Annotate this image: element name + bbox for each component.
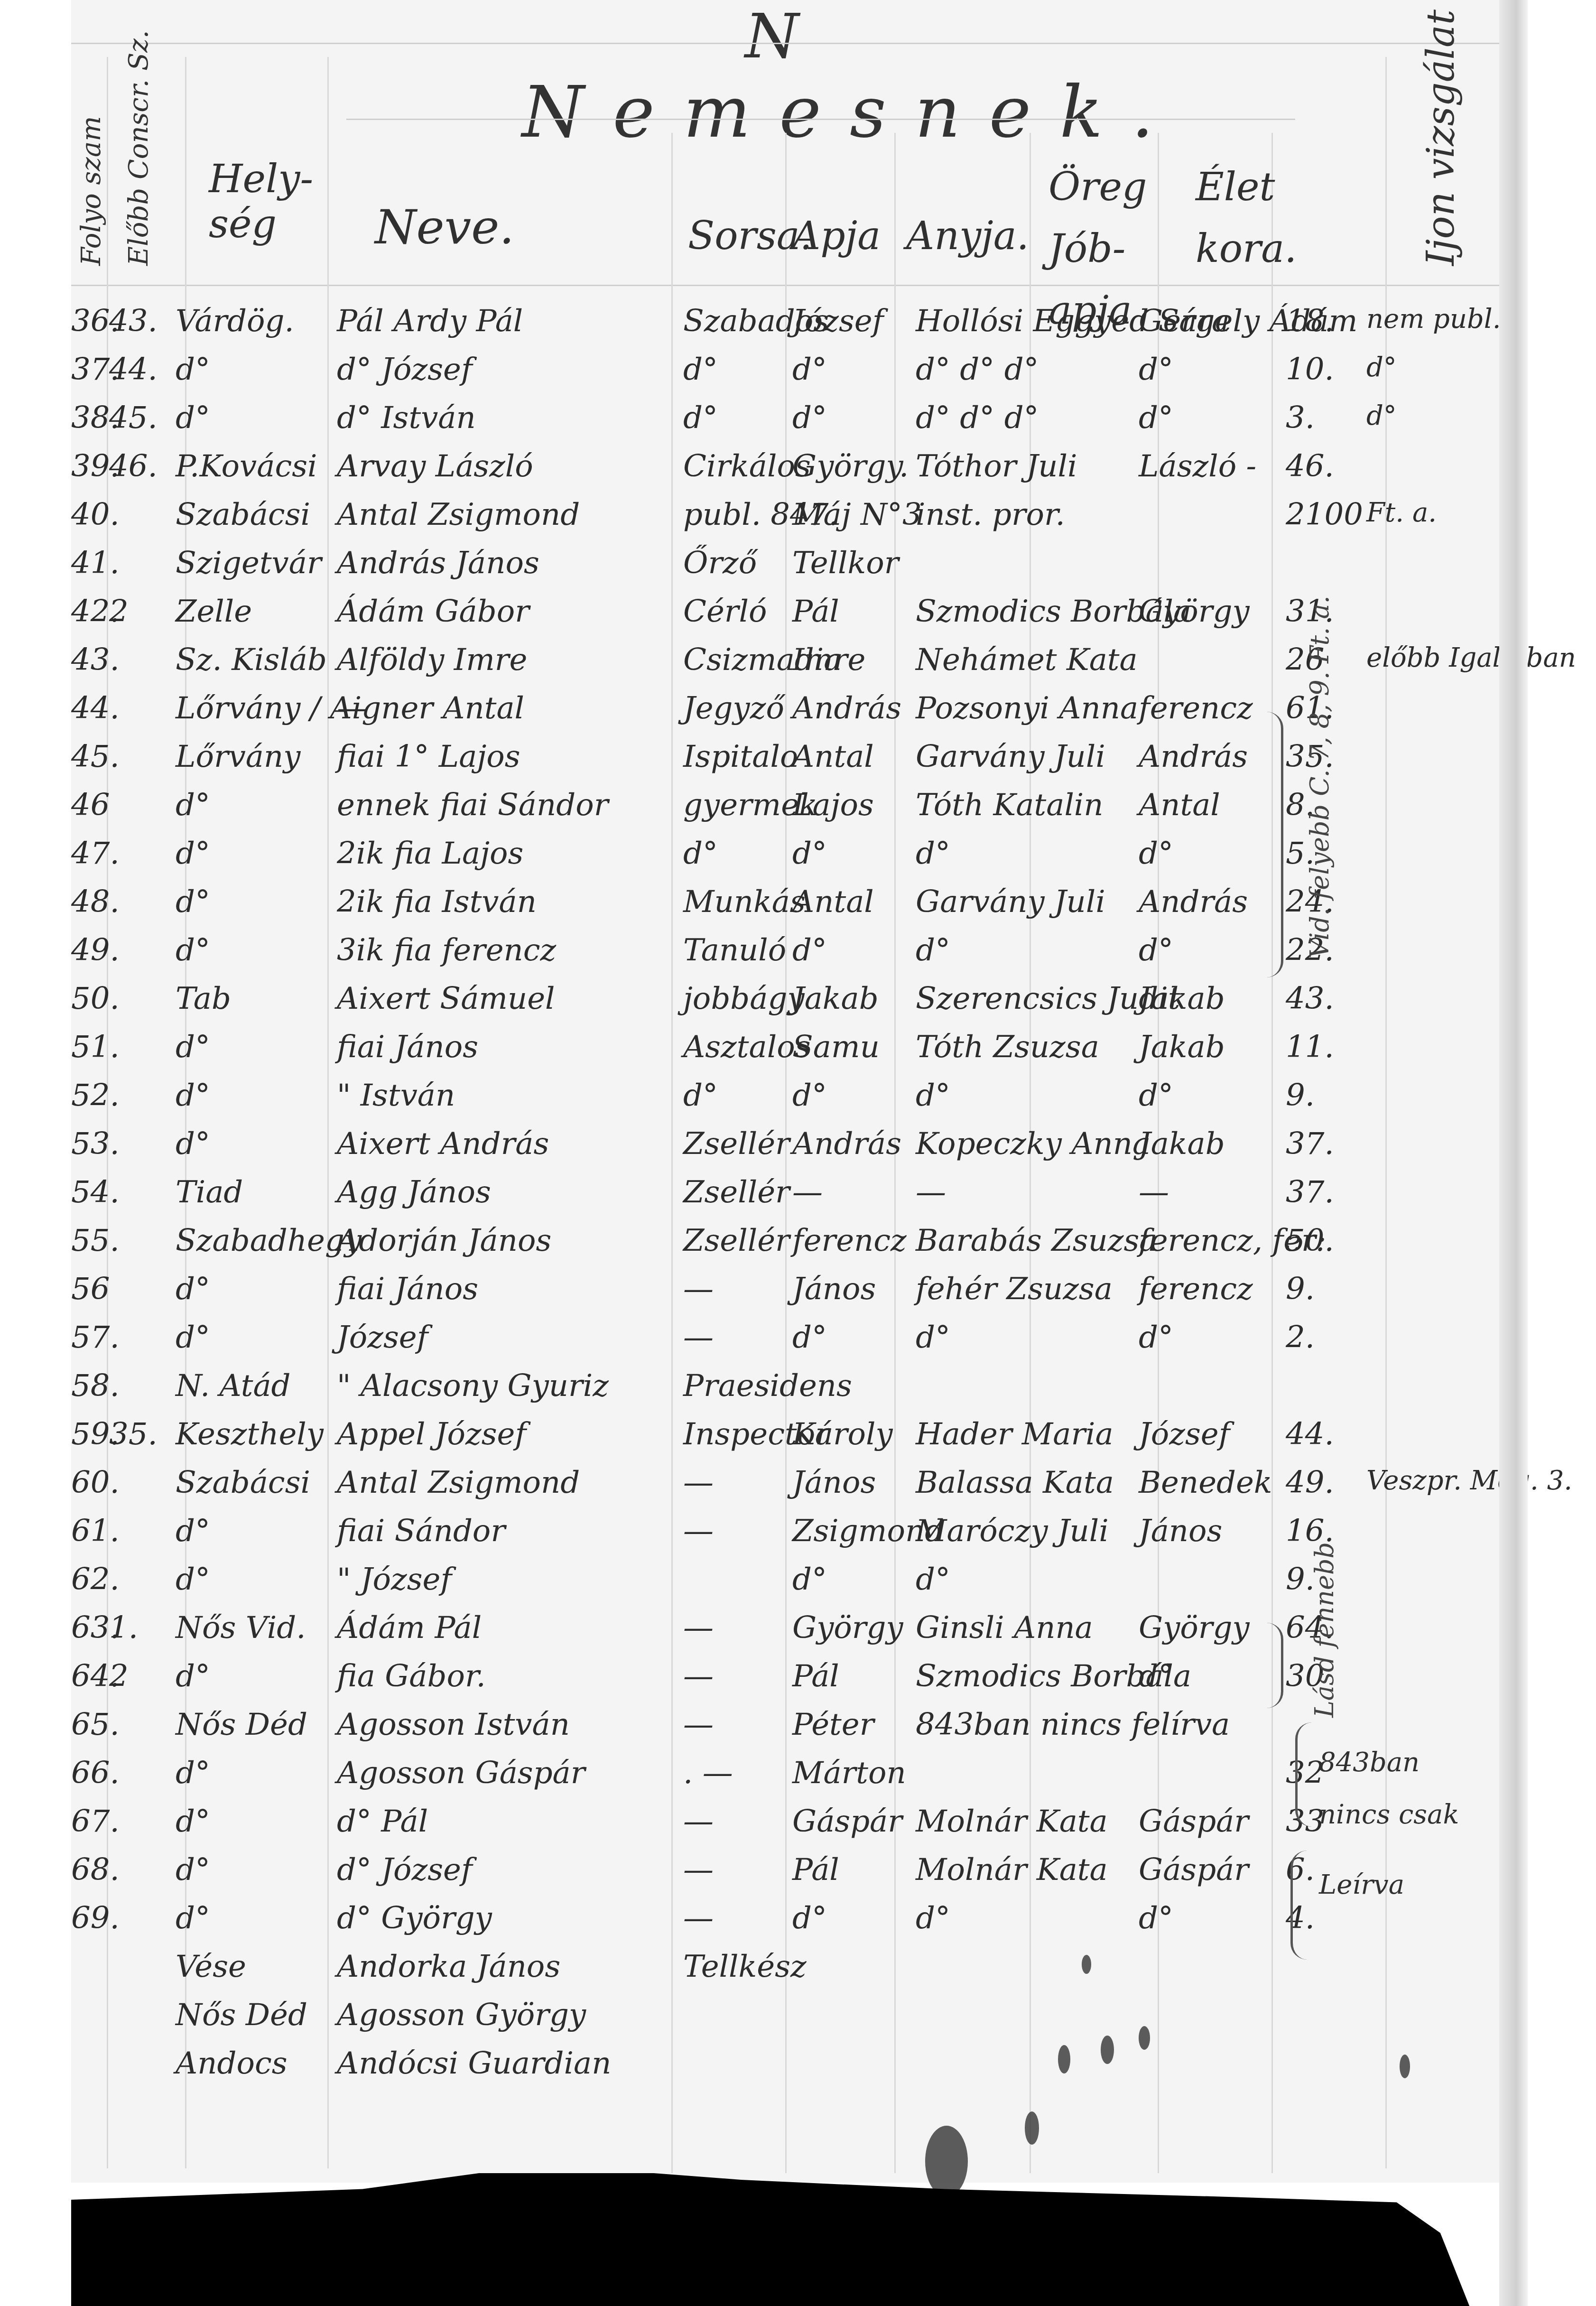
header-prev-conscription: Előbb Conscr. Sz.	[123, 30, 154, 266]
cell-note: Veszpr. Meg. 3.	[1366, 1465, 1566, 1496]
cell-name: Antal Zsigmond	[337, 497, 688, 532]
cell-father: György	[792, 1610, 916, 1646]
table-row: 52.d°" Istvánd°d°d°d°9.	[71, 1078, 1528, 1125]
cell-margin: 49.	[71, 933, 114, 968]
cell-name: d° György	[337, 1901, 688, 1936]
cell-father: Lajos	[792, 788, 916, 823]
cell-margin: 43.	[71, 642, 114, 678]
header-notes: Ijon vizsgálat	[1419, 9, 1463, 266]
cell-mother: d° d° d°	[916, 400, 1143, 436]
cell-father: ferencz	[792, 1223, 916, 1258]
cell-place: d°	[176, 1126, 346, 1162]
cell-father: Antal	[792, 884, 916, 920]
cell-margin: 36.	[71, 304, 114, 339]
cell-father: d°	[792, 1562, 916, 1597]
cell-name: Alföldy Imre	[337, 642, 688, 678]
cell-father: Gáspár	[792, 1804, 916, 1839]
cell-name: Appel József	[337, 1417, 688, 1452]
book-spine	[1499, 0, 1528, 2306]
cell-father: Jakab	[792, 981, 916, 1016]
cell-place: Várdög.	[176, 304, 346, 339]
cell-margin: 38.	[71, 400, 114, 436]
cell-prev: 2	[109, 1659, 166, 1694]
cell-margin: 67.	[71, 1804, 114, 1839]
bracket	[1290, 1850, 1307, 1960]
cell-mother: d°	[916, 836, 1143, 871]
cell-place: Szabácsi	[176, 1465, 346, 1500]
cell-place: d°	[176, 884, 346, 920]
ink-blot	[1101, 2036, 1114, 2064]
table-row: 38.45.d°d° Istvánd°d°d° d° d°d°3.d°	[71, 400, 1528, 448]
cell-grandfather: Gáspár	[1139, 1852, 1281, 1888]
page-title: Nemesnek.	[522, 71, 1182, 154]
cell-name: Ádám Pál	[337, 1610, 688, 1646]
cell-prev: 45.	[109, 400, 166, 436]
cell-grandfather: d°	[1139, 836, 1281, 871]
cell-name: fiai János	[337, 1272, 688, 1307]
ink-blot	[1400, 2055, 1410, 2078]
cell-name: 3ik fia ferencz	[337, 933, 688, 968]
cell-margin: 57.	[71, 1320, 114, 1355]
scan-background	[71, 2173, 1528, 2306]
table-row: 39.46.P.KovácsiArvay LászlóCirkálosGyörg…	[71, 449, 1528, 496]
cell-father: d°	[792, 400, 916, 436]
cell-mother: —	[916, 1175, 1143, 1210]
table-row: 60.SzabácsiAntal Zsigmond—JánosBalassa K…	[71, 1465, 1528, 1513]
cell-name: d° Pál	[337, 1804, 688, 1839]
cell-name: fia Gábor.	[337, 1659, 688, 1694]
cell-age: 11.	[1286, 1030, 1362, 1065]
cell-father: János	[792, 1465, 916, 1500]
cell-age: 18.	[1286, 304, 1362, 339]
bracket	[1267, 712, 1283, 977]
cell-mother: Balassa Kata	[916, 1465, 1143, 1500]
cell-place: Nős Déd	[176, 1707, 346, 1742]
cell-age: 9.	[1286, 1272, 1362, 1307]
cell-margin: 69.	[71, 1901, 114, 1936]
cell-age: 37.	[1286, 1126, 1362, 1162]
cell-grandfather: József	[1139, 1417, 1281, 1452]
table-row: 36.43.Várdög.Pál Ardy PálSzabadosJózsefH…	[71, 304, 1528, 351]
cell-grandfather: ferencz	[1139, 1272, 1281, 1307]
cell-place: N. Atád	[176, 1368, 346, 1404]
cell-name: d° István	[337, 400, 688, 436]
cell-mother: Barabás Zsuzsa	[916, 1223, 1143, 1258]
cell-mother: Pozsonyi Anna	[916, 691, 1143, 726]
cell-place: Zelle	[176, 594, 346, 629]
cell-mother: d°	[916, 1901, 1143, 1936]
cell-father: Pál	[792, 1659, 916, 1694]
cell-margin: 52.	[71, 1078, 114, 1113]
cell-margin: 56	[71, 1272, 114, 1307]
cell-margin: 61.	[71, 1514, 114, 1549]
cell-note: d°	[1366, 352, 1566, 383]
ink-blot	[1025, 2111, 1039, 2145]
cell-place: d°	[176, 1659, 346, 1694]
cell-age: 9.	[1286, 1078, 1362, 1113]
cell-father: Imre	[792, 642, 916, 678]
cell-grandfather: Benedek	[1139, 1465, 1281, 1500]
cell-margin: 46	[71, 788, 114, 823]
cell-note: előbb Igali jban	[1366, 642, 1566, 673]
cell-margin: 54.	[71, 1175, 114, 1210]
cell-grandfather: András	[1139, 739, 1281, 774]
cell-place: d°	[176, 788, 346, 823]
cell-place: Vése	[176, 1949, 346, 1984]
cell-mother: 843ban nincs felírva	[916, 1707, 1143, 1742]
cell-place: d°	[176, 1320, 346, 1355]
cell-father: d°	[792, 836, 916, 871]
cell-father: d°	[792, 933, 916, 968]
cell-father: d°	[792, 1078, 916, 1113]
bracket	[1267, 1623, 1283, 1708]
cell-note: nem publ.	[1366, 304, 1566, 335]
cell-place: d°	[176, 933, 346, 968]
cell-grandfather: Antal	[1139, 788, 1281, 823]
cell-note: Ft. a.	[1366, 497, 1566, 528]
cell-father: Zsigmond	[792, 1514, 916, 1549]
cell-father: Károly	[792, 1417, 916, 1452]
cell-place: Lőrvány	[176, 739, 346, 774]
cell-mother: Hader Maria	[916, 1417, 1143, 1452]
cell-grandfather: d°	[1139, 933, 1281, 968]
cell-mother: Kopeczky Anna	[916, 1126, 1143, 1162]
cell-name: András János	[337, 546, 688, 581]
ink-blot	[1058, 2045, 1070, 2074]
cell-status: Praesidens	[683, 1368, 826, 1404]
cell-age: 46.	[1286, 449, 1362, 484]
cell-margin: 53.	[71, 1126, 114, 1162]
cell-father: György.	[792, 449, 916, 484]
cell-place: d°	[176, 1852, 346, 1888]
table-row: VéseAndorka JánosTellkész	[71, 1949, 1528, 1997]
cell-place: d°	[176, 1030, 346, 1065]
cell-margin: 51.	[71, 1030, 114, 1065]
cell-margin: 39.	[71, 449, 114, 484]
cell-name: —	[337, 691, 688, 726]
cell-place: Szabadhegy	[176, 1223, 346, 1258]
cell-grandfather: János	[1139, 1514, 1281, 1549]
cell-grandfather: d°	[1139, 352, 1281, 387]
cell-mother: Hollósi Eggyed Sára	[916, 304, 1143, 339]
rule-header	[71, 285, 1504, 286]
ink-blot	[925, 2126, 968, 2197]
cell-margin: 60.	[71, 1465, 114, 1500]
header-place: Hely-ség	[209, 157, 313, 247]
cell-name: 2ik fia Lajos	[337, 836, 688, 871]
table-row: AndocsAndócsi Guardian	[71, 2046, 1528, 2093]
cell-father: András	[792, 691, 916, 726]
side-note-2: Lásd fennebb	[1309, 1542, 1339, 1718]
cell-grandfather: d°	[1139, 1320, 1281, 1355]
cell-mother: d°	[916, 1078, 1143, 1113]
cell-grandfather: Jakab	[1139, 1126, 1281, 1162]
cell-father: Márton	[792, 1756, 916, 1791]
cell-grandfather: d°	[1139, 1901, 1281, 1936]
cell-prev: 1.	[109, 1610, 166, 1646]
cell-place: d°	[176, 400, 346, 436]
cell-mother: Szerencsics Judit	[916, 981, 1143, 1016]
cell-margin: 68.	[71, 1852, 114, 1888]
cell-mother: Molnár Kata	[916, 1804, 1143, 1839]
cell-name: Andócsi Guardian	[337, 2046, 688, 2081]
cell-father: József	[792, 304, 916, 339]
register-page: N Nemesnek. Folyo szam Előbb Conscr. Sz.…	[71, 0, 1528, 2183]
cell-name: Agg János	[337, 1175, 688, 1210]
cell-grandfather: Gáspár	[1139, 1804, 1281, 1839]
cell-place: d°	[176, 1756, 346, 1791]
cell-name: ennek fiai Sándor	[337, 788, 688, 823]
cell-margin: 40.	[71, 497, 114, 532]
cell-father: d°	[792, 352, 916, 387]
cell-name: Aixert András	[337, 1126, 688, 1162]
cell-place: d°	[176, 1562, 346, 1597]
rule-top	[71, 43, 1504, 44]
cell-father: János	[792, 1272, 916, 1307]
cell-mother: Garvány Juli	[916, 739, 1143, 774]
cell-father: Pál	[792, 594, 916, 629]
table-row: 59.35.KeszthelyAppel JózsefInspectorKáro…	[71, 1417, 1528, 1464]
cell-name: Agosson György	[337, 1998, 688, 2033]
ink-blot	[1082, 1955, 1091, 1974]
cell-place: Nős Vid.	[176, 1610, 346, 1646]
cell-status: Tellkész	[683, 1949, 826, 1984]
bracket	[1295, 1722, 1312, 1827]
rule-title	[346, 119, 1295, 120]
cell-father: Samu	[792, 1030, 916, 1065]
cell-father: —	[792, 1175, 916, 1210]
cell-mother: Garvány Juli	[916, 884, 1143, 920]
cell-margin: 62.	[71, 1562, 114, 1597]
cell-place: d°	[176, 1078, 346, 1113]
cell-prev: 43.	[109, 304, 166, 339]
cell-place: Szabácsi	[176, 497, 346, 532]
cell-margin: 44.	[71, 691, 114, 726]
cell-margin: 63.	[71, 1610, 114, 1646]
cell-name: fiai 1° Lajos	[337, 739, 688, 774]
cell-mother: Maróczy Juli	[916, 1514, 1143, 1549]
table-row: 69.d°d° György—d°d°d°4.	[71, 1901, 1528, 1948]
cell-grandfather: —	[1139, 1175, 1281, 1210]
cell-mother: Tóth Zsuzsa	[916, 1030, 1143, 1065]
cell-name: Ádám Gábor	[337, 594, 688, 629]
cell-mother: Nehámet Kata	[916, 642, 1143, 678]
header-mother: Anyja.	[906, 214, 1029, 259]
ink-blot	[1139, 2026, 1150, 2050]
cell-age: 49.	[1286, 1465, 1362, 1500]
cell-name: Agosson István	[337, 1707, 688, 1742]
cell-grandfather: Gergely Ádám	[1139, 304, 1281, 339]
cell-place: Tiad	[176, 1175, 346, 1210]
header-name: Neve.	[375, 199, 514, 255]
cell-name: Aixert Sámuel	[337, 981, 688, 1016]
table-row: 57.d°József—d°d°d°2.	[71, 1320, 1528, 1367]
cell-margin: 42.	[71, 594, 114, 629]
cell-margin: 37.	[71, 352, 114, 387]
cell-name: " István	[337, 1078, 688, 1113]
cell-mother: inst. pror.	[916, 497, 1143, 532]
cell-place: d°	[176, 836, 346, 871]
cell-margin: 59.	[71, 1417, 114, 1452]
cell-place: d°	[176, 352, 346, 387]
cell-place: Sz. Kisláb	[176, 642, 346, 678]
cell-age: 10.	[1286, 352, 1362, 387]
cell-name: " Alacsony Gyuriz	[337, 1368, 688, 1404]
cell-prev: 35.	[109, 1417, 166, 1452]
cell-name: Arvay László	[337, 449, 688, 484]
cell-name: Agosson Gáspár	[337, 1756, 688, 1791]
cell-mother: Tóth Katalin	[916, 788, 1143, 823]
cell-note: d°	[1366, 400, 1566, 431]
cell-place: d°	[176, 1804, 346, 1839]
cell-grandfather: d°	[1139, 1078, 1281, 1113]
table-row: 41.SzigetvárAndrás JánosŐrzőTellkor	[71, 546, 1528, 593]
table-row: 53.d°Aixert AndrásZsellérAndrásKopeczky …	[71, 1126, 1528, 1174]
cell-grandfather: ferencz, fer:	[1139, 1223, 1281, 1258]
cell-prev: 44.	[109, 352, 166, 387]
cell-name: fiai Sándor	[337, 1514, 688, 1549]
side-note-3b: Leírva	[1319, 1869, 1404, 1900]
table-row: 51.d°fiai JánosAsztalosSamuTóth ZsuzsaJa…	[71, 1030, 1528, 1077]
cell-grandfather: László -	[1139, 449, 1281, 484]
cell-margin: 55.	[71, 1223, 114, 1258]
cell-father: Máj N°3	[792, 497, 916, 532]
cell-father: András	[792, 1126, 916, 1162]
cell-grandfather: Jakab	[1139, 981, 1281, 1016]
cell-age: 44.	[1286, 1417, 1362, 1452]
table-row: 50.TabAixert SámueljobbágyJakabSzerencsi…	[71, 981, 1528, 1029]
cell-mother: d°	[916, 1562, 1143, 1597]
cell-place: d°	[176, 1272, 346, 1307]
table-row: Nős DédAgosson György	[71, 1998, 1528, 2045]
table-row: 58.N. Atád" Alacsony GyurizPraesidens	[71, 1368, 1528, 1416]
cell-father: d°	[792, 1320, 916, 1355]
cell-grandfather: György	[1139, 594, 1281, 629]
cell-name: Andorka János	[337, 1949, 688, 1984]
cell-name: " József	[337, 1562, 688, 1597]
cell-age: 3.	[1286, 400, 1362, 436]
cell-age: 2.	[1286, 1320, 1362, 1355]
cell-grandfather: ferencz	[1139, 691, 1281, 726]
cell-place: Andocs	[176, 2046, 346, 2081]
cell-grandfather: d°	[1139, 1659, 1281, 1694]
cell-mother: d°	[916, 933, 1143, 968]
cell-father: Tellkor	[792, 546, 916, 581]
cell-grandfather: András	[1139, 884, 1281, 920]
cell-father: Pál	[792, 1852, 916, 1888]
cell-margin: 50.	[71, 981, 114, 1016]
header-age: Élet kora.	[1196, 157, 1267, 280]
table-row: 54.TiadAgg JánosZsellér———37.	[71, 1175, 1528, 1222]
header-serial-number: Folyo szam	[76, 116, 107, 266]
cell-place: Nős Déd	[176, 1998, 346, 2033]
cell-margin: 65.	[71, 1707, 114, 1742]
table-row: 68.d°d° József—PálMolnár KataGáspár6.	[71, 1852, 1528, 1900]
cell-mother: Ginsli Anna	[916, 1610, 1143, 1646]
cell-margin: 48.	[71, 884, 114, 920]
cell-name: 2ik fia István	[337, 884, 688, 920]
cell-name: fiai János	[337, 1030, 688, 1065]
cell-margin: 41.	[71, 546, 114, 581]
header-father: Apja	[792, 214, 881, 259]
cell-prev: 46.	[109, 449, 166, 484]
cell-name: Antal Zsigmond	[337, 1465, 688, 1500]
cell-name: Adorján János	[337, 1223, 688, 1258]
cell-place: d°	[176, 1514, 346, 1549]
cell-mother: Tóthor Juli	[916, 449, 1143, 484]
cell-age: 50.	[1286, 1223, 1362, 1258]
cell-name: József	[337, 1320, 688, 1355]
cell-age: 37.	[1286, 1175, 1362, 1210]
cell-place: Lőrvány / Aigner Antal	[176, 691, 346, 726]
cell-place: Keszthely	[176, 1417, 346, 1452]
cell-father: d°	[792, 1901, 916, 1936]
cell-place: P.Kovácsi	[176, 449, 346, 484]
cell-grandfather: d°	[1139, 400, 1281, 436]
cell-mother: fehér Zsuzsa	[916, 1272, 1143, 1307]
side-note-3: 843ban nincs csak	[1319, 1737, 1461, 1841]
cell-place: Szigetvár	[176, 546, 346, 581]
cell-mother: Molnár Kata	[916, 1852, 1143, 1888]
cell-margin: 58.	[71, 1368, 114, 1404]
cell-margin: 66.	[71, 1756, 114, 1791]
cell-father: Antal	[792, 739, 916, 774]
cell-margin: 45.	[71, 739, 114, 774]
cell-name: d° József	[337, 1852, 688, 1888]
cell-father: Péter	[792, 1707, 916, 1742]
cell-name: d° József	[337, 352, 688, 387]
cell-grandfather: György	[1139, 1610, 1281, 1646]
cell-mother: Szmodics Borbála	[916, 594, 1143, 629]
table-row: 40.SzabácsiAntal Zsigmondpubl. 847.Máj N…	[71, 497, 1528, 545]
cell-age: 2100	[1286, 497, 1362, 532]
cell-margin: 47.	[71, 836, 114, 871]
table-row: 37.44.d°d° Józsefd°d°d° d° d°d°10.d°	[71, 352, 1528, 400]
side-note-1: Vid. felyebb C. 7, 8, 9. Ft. a.	[1305, 595, 1335, 958]
cell-place: Tab	[176, 981, 346, 1016]
cell-age: 43.	[1286, 981, 1362, 1016]
cell-prev: 2	[109, 594, 166, 629]
cell-mother: d°	[916, 1320, 1143, 1355]
cell-margin: 64.	[71, 1659, 114, 1694]
cell-mother: d° d° d°	[916, 352, 1143, 387]
table-row: 55.SzabadhegyAdorján JánosZsellérferencz…	[71, 1223, 1528, 1271]
table-row: 56d°fiai János—Jánosfehér Zsuzsaferencz9…	[71, 1272, 1528, 1319]
cell-mother: Szmodics Borbála	[916, 1659, 1143, 1694]
cell-place: d°	[176, 1901, 346, 1936]
section-letter: N	[745, 0, 799, 72]
cell-grandfather: Jakab	[1139, 1030, 1281, 1065]
cell-name: Pál Ardy Pál	[337, 304, 688, 339]
